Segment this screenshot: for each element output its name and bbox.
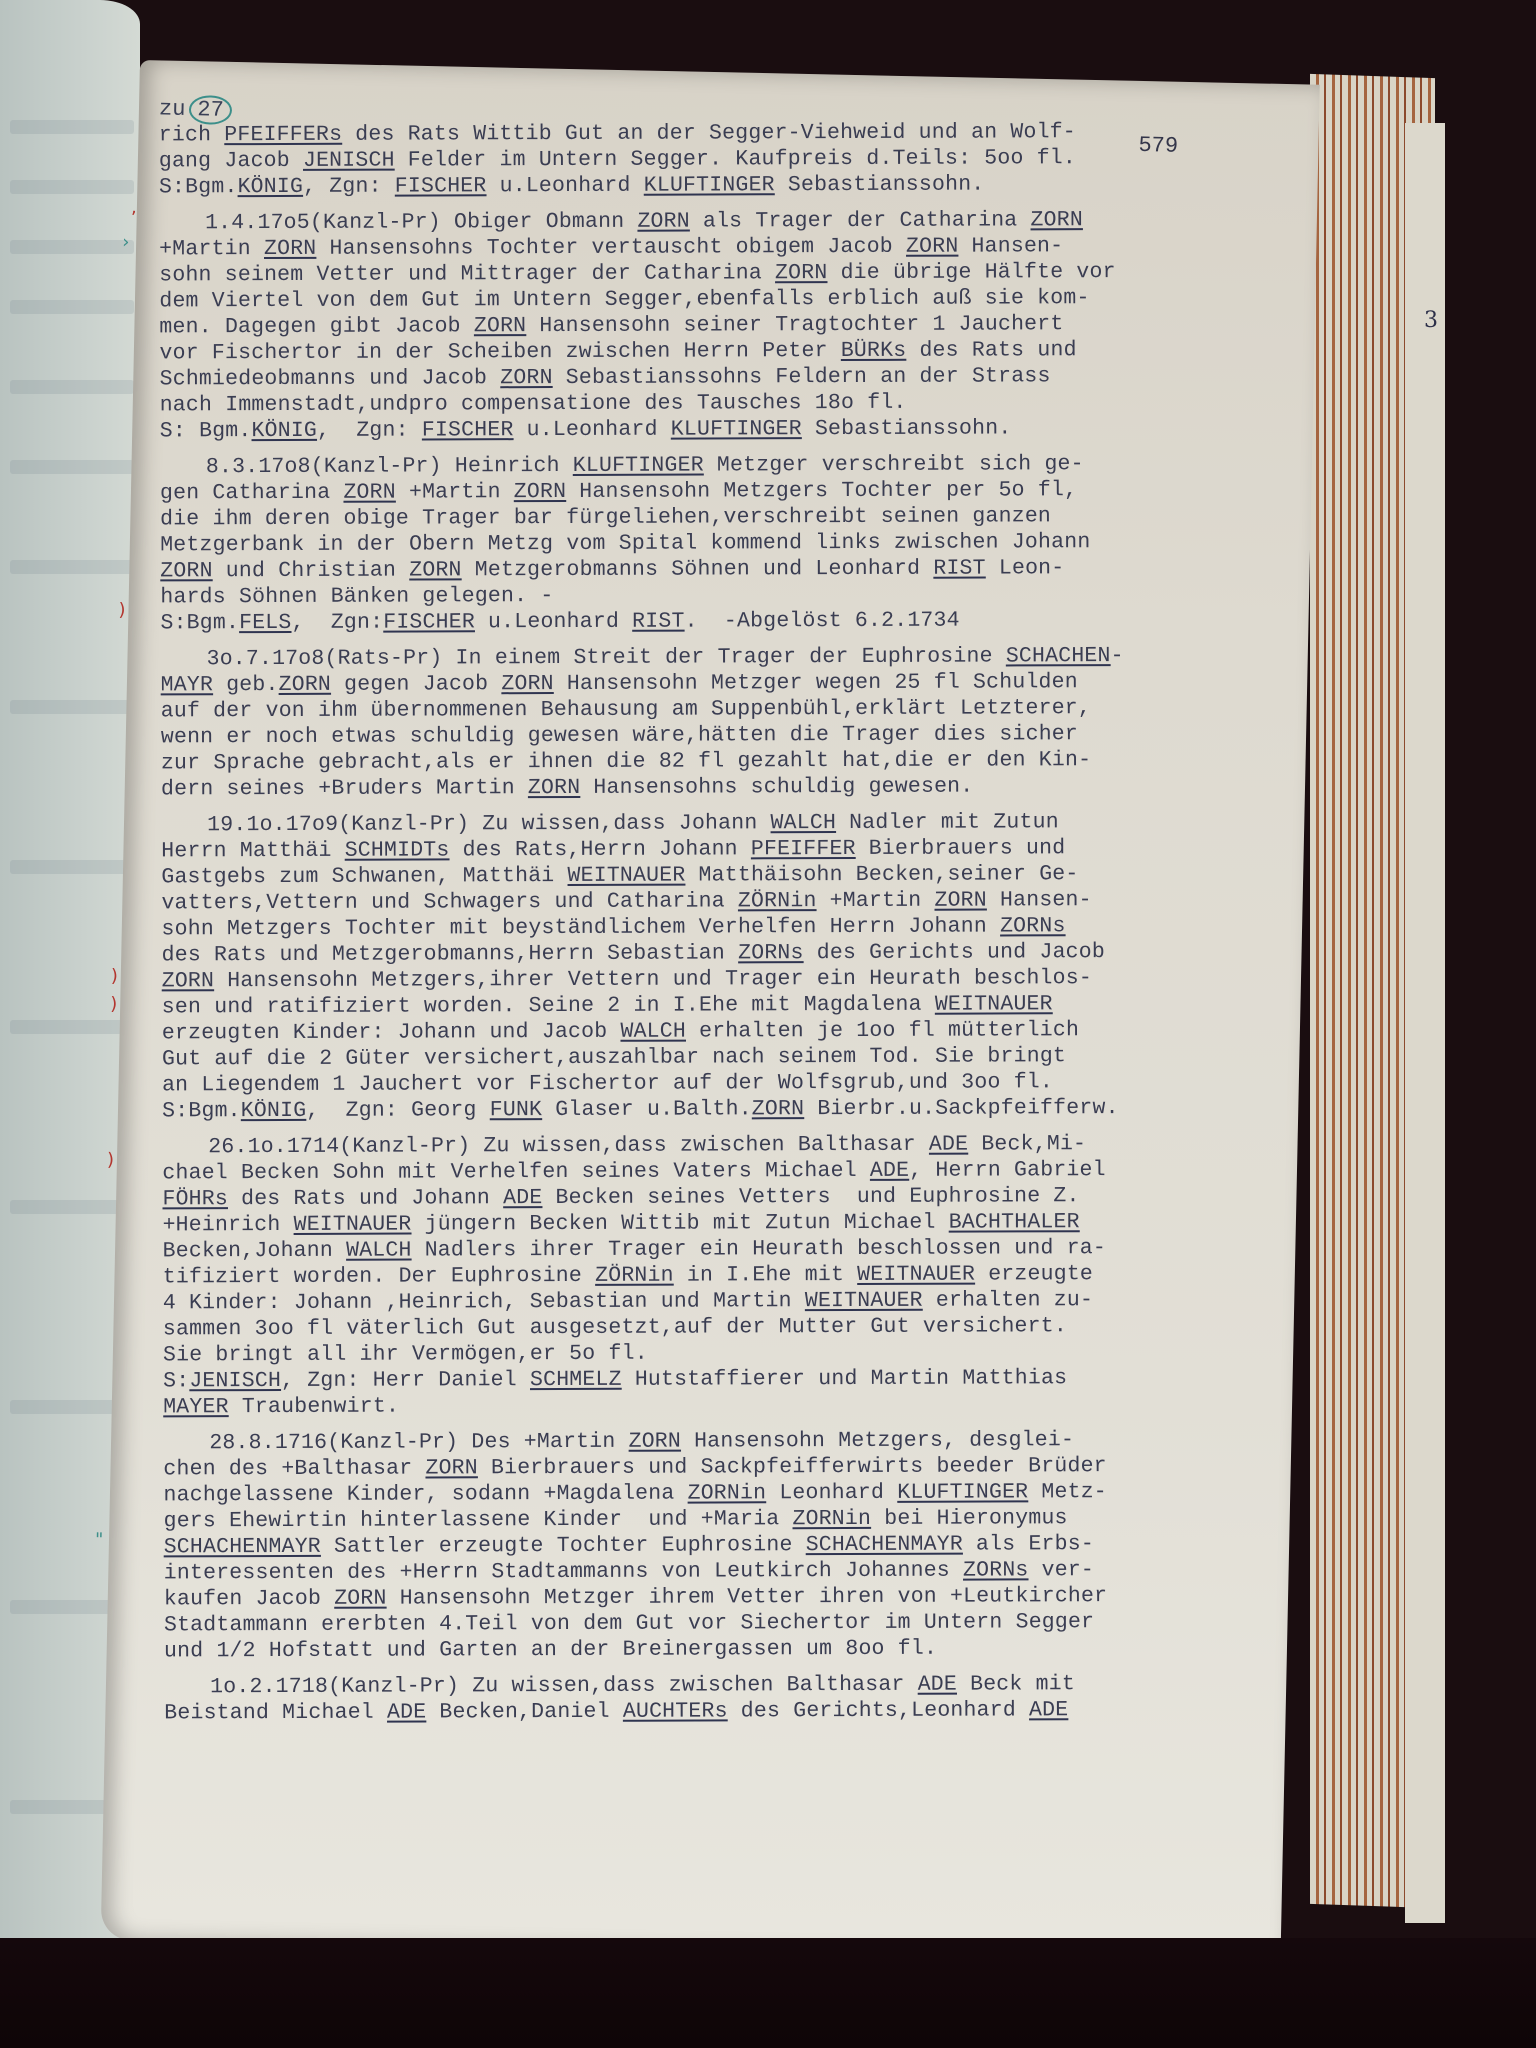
circled-reference: zu27 [159, 94, 232, 125]
text-line: an Liegendem 1 Jauchert vor Fischertor a… [162, 1068, 1302, 1098]
text-line: dem Viertel von dem Gut im Untern Segger… [159, 284, 1299, 314]
green-quote-mark-icon: " [95, 1529, 104, 1550]
text-line: Sie bringt all ihr Vermögen,er 5o fl. [163, 1338, 1303, 1368]
text-line: chen des +Balthasar ZORN Bierbrauers und… [163, 1452, 1303, 1482]
faded-text-line [10, 460, 134, 474]
red-bracket-mark-icon: ) [118, 600, 125, 621]
faded-text-line [10, 860, 134, 874]
entry-paragraph: 8.3.17o8(Kanzl-Pr) Heinrich KLUFTINGER M… [160, 450, 1301, 636]
text-line: die ihm deren obige Trager bar fürgelieh… [160, 502, 1300, 532]
entry-paragraph: 26.1o.1714(Kanzl-Pr) Zu wissen,dass zwis… [162, 1130, 1303, 1420]
text-line: ZORN und Christian ZORN Metzgerobmanns S… [160, 554, 1300, 584]
text-line: rich PFEIFFERs des Rats Wittib Gut an de… [159, 118, 1299, 148]
faded-text-line [10, 380, 134, 394]
text-line: sammen 3oo fl väterlich Gut ausgesetzt,a… [163, 1312, 1303, 1342]
entry-paragraph: 1o.2.1718(Kanzl-Pr) Zu wissen,dass zwisc… [164, 1670, 1304, 1726]
text-line: S:Bgm.FELS, Zgn:FISCHER u.Leonhard RIST.… [160, 606, 1300, 636]
document-page: 579 zu27 ʼ › ) ) ) ) " rich PFEIFFERs de… [101, 60, 1320, 1964]
text-line: tifiziert worden. Der Euphrosine ZÖRNin … [163, 1260, 1303, 1290]
text-line: Schmiedeobmanns und Jacob ZORN Sebastian… [160, 362, 1300, 392]
page-edge-leaf [1405, 123, 1445, 1923]
text-line: hards Söhnen Bänken gelegen. - [160, 580, 1300, 610]
text-line: gers Ehewirtin hinterlassene Kinder und … [164, 1504, 1304, 1534]
text-line: +Heinrich WEITNAUER jüngern Becken Witti… [163, 1208, 1303, 1238]
text-line: und 1/2 Hofstatt und Garten an der Brein… [164, 1634, 1304, 1664]
red-bracket-mark-icon: ) [111, 966, 118, 987]
text-line: Becken,Johann WALCH Nadlers ihrer Trager… [163, 1234, 1303, 1264]
text-line: Herrn Matthäi SCHMIDTs des Rats,Herrn Jo… [161, 834, 1301, 864]
text-line: 1o.2.1718(Kanzl-Pr) Zu wissen,dass zwisc… [164, 1670, 1304, 1700]
text-line: men. Dagegen gibt Jacob ZORN Hansensohn … [159, 310, 1299, 340]
text-line: zur Sprache gebracht,als er ihnen die 82… [161, 746, 1301, 776]
text-line: kaufen Jacob ZORN Hansensohn Metzger ihr… [164, 1582, 1304, 1612]
text-line: vor Fischertor in der Scheiben zwischen … [159, 336, 1299, 366]
text-line: Gut auf die 2 Güter versichert,auszahlba… [162, 1042, 1302, 1072]
typewritten-text: rich PFEIFFERs des Rats Wittib Gut an de… [159, 118, 1305, 1736]
text-line: SCHACHENMAYR Sattler erzeugte Tochter Eu… [164, 1530, 1304, 1560]
red-tick-mark-icon: ʼ [130, 208, 136, 229]
entry-paragraph: 1.4.17o5(Kanzl-Pr) Obiger Obmann ZORN al… [159, 206, 1300, 444]
text-line: Metzgerbank in der Obern Metzg vom Spita… [160, 528, 1300, 558]
faded-text-line [10, 1020, 134, 1034]
green-margin-note-icon: › [122, 232, 130, 253]
faded-text-line [10, 240, 134, 254]
red-bracket-mark-icon: ) [110, 994, 117, 1015]
entry-paragraph: 19.1o.17o9(Kanzl-Pr) Zu wissen,dass Joha… [161, 808, 1302, 1124]
red-bracket-mark-icon: ) [107, 1150, 114, 1171]
text-line: +Martin ZORN Hansensohns Tochter vertaus… [159, 232, 1299, 262]
text-line: 8.3.17o8(Kanzl-Pr) Heinrich KLUFTINGER M… [160, 450, 1300, 480]
text-line: 28.8.1716(Kanzl-Pr) Des +Martin ZORN Han… [163, 1426, 1303, 1456]
text-line: Stadtammann ererbten 4.Teil von dem Gut … [164, 1608, 1304, 1638]
dark-background [0, 1938, 1536, 2048]
faded-text-line [10, 180, 134, 194]
text-line: nachgelassene Kinder, sodann +Magdalena … [163, 1478, 1303, 1508]
faded-text-line [10, 560, 134, 574]
reference-prefix: zu [159, 96, 186, 122]
text-line: vatters,Vettern und Schwagers und Cathar… [161, 886, 1301, 916]
text-line: erzeugten Kinder: Johann und Jacob WALCH… [162, 1016, 1302, 1046]
text-line: 4 Kinder: Johann ,Heinrich, Sebastian un… [163, 1286, 1303, 1316]
text-line: sohn seinem Vetter und Mittrager der Cat… [159, 258, 1299, 288]
text-line: sen und ratifiziert worden. Seine 2 in I… [162, 990, 1302, 1020]
text-line: sohn Metzgers Tochter mit beyständlichem… [161, 912, 1301, 942]
text-line: des Rats und Metzgerobmanns,Herrn Sebast… [162, 938, 1302, 968]
text-line: gang Jacob JENISCH Felder im Untern Segg… [159, 144, 1299, 174]
text-line: 19.1o.17o9(Kanzl-Pr) Zu wissen,dass Joha… [161, 808, 1301, 838]
text-line: 3o.7.17o8(Rats-Pr) In einem Streit der T… [161, 642, 1301, 672]
faded-text-line [10, 700, 134, 714]
text-line: MAYR geb.ZORN gegen Jacob ZORN Hansensoh… [161, 668, 1301, 698]
text-line: Beistand Michael ADE Becken,Daniel AUCHT… [164, 1696, 1304, 1726]
text-line: FÖHRs des Rats und Johann ADE Becken sei… [162, 1182, 1302, 1212]
text-line: S:Bgm.KÖNIG, Zgn: FISCHER u.Leonhard KLU… [159, 170, 1299, 200]
faded-text-line [10, 120, 134, 134]
text-line: wenn er noch etwas schuldig gewesen wäre… [161, 720, 1301, 750]
faded-text-line [10, 300, 134, 314]
handwritten-edge-mark: 3 [1424, 308, 1438, 333]
entry-paragraph: rich PFEIFFERs des Rats Wittib Gut an de… [159, 118, 1299, 200]
text-line: chael Becken Sohn mit Verhelfen seines V… [162, 1156, 1302, 1186]
text-line: dern seines +Bruders Martin ZORN Hansens… [161, 772, 1301, 802]
text-line: nach Immenstadt,undpro compensatione des… [160, 388, 1300, 418]
text-line: S: Bgm.KÖNIG, Zgn: FISCHER u.Leonhard KL… [160, 414, 1300, 444]
text-line: 1.4.17o5(Kanzl-Pr) Obiger Obmann ZORN al… [159, 206, 1299, 236]
text-line: interessenten des +Herrn Stadtammanns vo… [164, 1556, 1304, 1586]
text-line: ZORN Hansensohn Metzgers,ihrer Vettern u… [162, 964, 1302, 994]
text-line: gen Catharina ZORN +Martin ZORN Hansenso… [160, 476, 1300, 506]
entry-paragraph: 28.8.1716(Kanzl-Pr) Des +Martin ZORN Han… [163, 1426, 1304, 1664]
reference-number: 27 [189, 95, 232, 125]
text-line: Gastgebs zum Schwanen, Matthäi WEITNAUER… [161, 860, 1301, 890]
text-line: S:Bgm.KÖNIG, Zgn: Georg FUNK Glaser u.Ba… [162, 1094, 1302, 1124]
text-line: auf der von ihm übernommenen Behausung a… [161, 694, 1301, 724]
entry-paragraph: 3o.7.17o8(Rats-Pr) In einem Streit der T… [161, 642, 1302, 802]
text-line: S:JENISCH, Zgn: Herr Daniel SCHMELZ Huts… [163, 1364, 1303, 1394]
text-line: 26.1o.1714(Kanzl-Pr) Zu wissen,dass zwis… [162, 1130, 1302, 1160]
text-line: MAYER Traubenwirt. [163, 1390, 1303, 1420]
